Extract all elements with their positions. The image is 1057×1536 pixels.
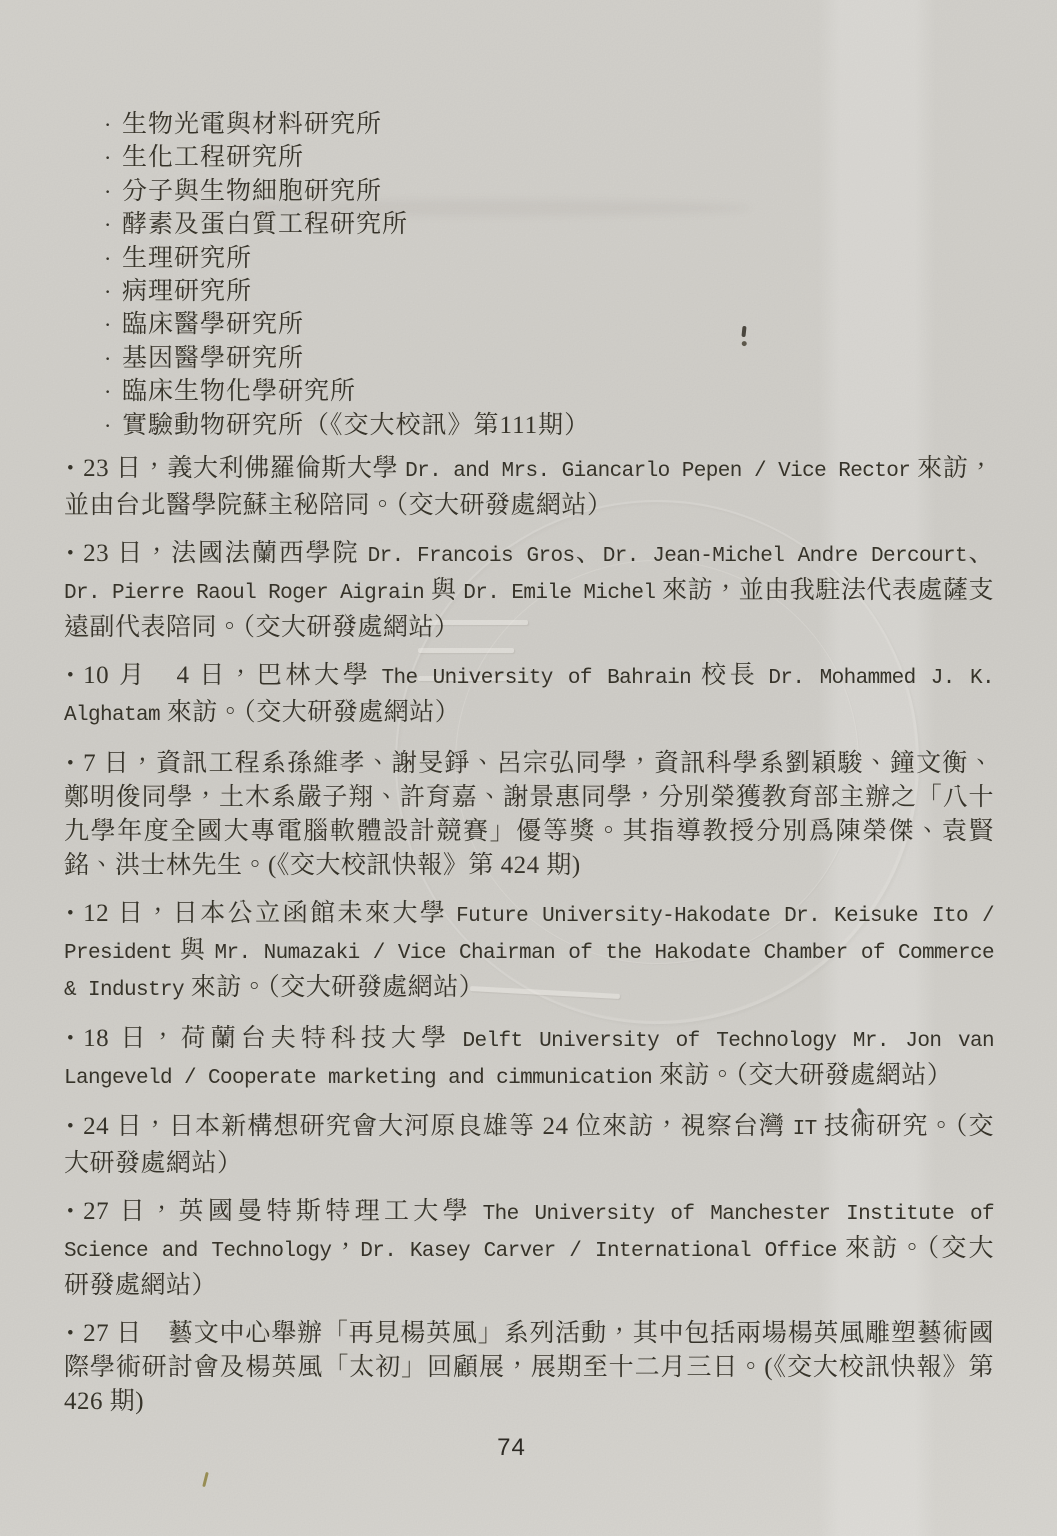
institute-item: ·病理研究所 — [104, 275, 994, 308]
entry-text-segment: 24 日，日本新構想研究會大河原良雄等 24 位來訪，視察台灣 — [83, 1113, 792, 1140]
institute-bullet-icon: · — [104, 108, 122, 141]
institute-name: 基因醫學研究所 — [122, 345, 304, 372]
entry-text-segment: ， — [331, 1235, 360, 1262]
entry-text-segment: 與 — [424, 577, 463, 604]
entry-bullet-icon: • — [64, 665, 83, 686]
institute-item: ·生化工程研究所 — [104, 141, 994, 174]
entry-text-segment: Dr. Jean-Michel Andre Dercourt — [603, 545, 967, 568]
entry-text-segment: 、 — [574, 540, 602, 567]
entry-bullet-icon: • — [64, 903, 83, 924]
institute-name: 實驗動物研究所（《交大校訊》第111期） — [122, 412, 590, 439]
entry-bullet-icon: • — [64, 1028, 83, 1049]
scanned-document-page: ·生物光電與材料研究所·生化工程研究所·分子與生物細胞研究所·酵素及蛋白質工程研… — [0, 0, 1057, 1536]
entry-list: •23 日，義大利佛羅倫斯大學 Dr. and Mrs. Giancarlo P… — [64, 452, 994, 1419]
entry-text-segment: 來訪。（交大研發處網站） — [184, 974, 484, 1001]
institute-bullet-icon: · — [104, 409, 122, 442]
entry-text-segment: 來訪。（交大研發處網站） — [160, 699, 460, 726]
page-content: ·生物光電與材料研究所·生化工程研究所·分子與生物細胞研究所·酵素及蛋白質工程研… — [64, 108, 994, 1433]
institute-item: ·酵素及蛋白質工程研究所 — [104, 208, 994, 241]
chronicle-entry: •27 日 藝文中心舉辦「再見楊英風」系列活動，其中包括兩場楊英風雕塑藝術國際學… — [64, 1317, 994, 1419]
institute-name: 病理研究所 — [122, 278, 252, 305]
entry-text-segment: 27 日 藝文中心舉辦「再見楊英風」系列活動，其中包括兩場楊英風雕塑藝術國際學術… — [64, 1320, 994, 1415]
chronicle-entry: •24 日，日本新構想研究會大河原良雄等 24 位來訪，視察台灣 IT 技術研究… — [64, 1110, 994, 1181]
chronicle-entry: •23 日，義大利佛羅倫斯大學 Dr. and Mrs. Giancarlo P… — [64, 452, 994, 523]
chronicle-entry: •23 日，法國法蘭西學院 Dr. Francois Gros、Dr. Jean… — [64, 537, 994, 645]
institute-item: ·臨床生物化學研究所 — [104, 375, 994, 408]
entry-text-segment: Dr. Francois Gros — [368, 545, 575, 568]
entry-text-segment: 校長 — [691, 662, 768, 689]
entry-text-segment: 23 日，法國法蘭西學院 — [83, 540, 367, 567]
entry-bullet-icon: • — [64, 753, 83, 774]
entry-text-segment: Dr. and Mrs. Giancarlo Pepen / Vice Rect… — [405, 460, 910, 483]
chronicle-entry: •12 日，日本公立函館未來大學 Future University-Hakod… — [64, 897, 994, 1008]
institute-bullet-icon: · — [104, 208, 122, 241]
chronicle-entry: •18 日，荷蘭台夫特科技大學 Delft University of Tech… — [64, 1022, 994, 1096]
entry-text-segment: 7 日，資訊工程系孫維孝、謝旻錚、呂宗弘同學，資訊科學系劉穎駿、鐘文衡、鄭明俊同… — [64, 750, 994, 879]
entry-text-segment: Dr. Pierre Raoul Roger Aigrain — [64, 582, 424, 605]
institute-name: 臨床醫學研究所 — [122, 311, 304, 338]
entry-text-segment: Dr. Kasey Carver / International Office — [360, 1240, 836, 1263]
institute-item: ·生物光電與材料研究所 — [104, 108, 994, 141]
institute-bullet-icon: · — [104, 308, 122, 341]
institute-item: ·實驗動物研究所（《交大校訊》第111期） — [104, 409, 994, 442]
paper-fiber-speck — [202, 1472, 209, 1487]
chronicle-entry: •7 日，資訊工程系孫維孝、謝旻錚、呂宗弘同學，資訊科學系劉穎駿、鐘文衡、鄭明俊… — [64, 747, 994, 883]
page-number: 74 — [0, 1434, 1040, 1462]
entry-bullet-icon: • — [64, 458, 83, 479]
entry-bullet-icon: • — [64, 1201, 83, 1222]
entry-text-segment: 來訪。（交大研發處網站） — [652, 1062, 952, 1089]
entry-text-segment: 18 日，荷蘭台夫特科技大學 — [83, 1025, 462, 1052]
institute-name: 酵素及蛋白質工程研究所 — [122, 211, 408, 238]
institute-bullet-icon: · — [104, 342, 122, 375]
institute-item: ·基因醫學研究所 — [104, 342, 994, 375]
institute-name: 生理研究所 — [122, 245, 252, 272]
institute-name: 生化工程研究所 — [122, 144, 304, 171]
institute-bullet-icon: · — [104, 275, 122, 308]
institute-name: 分子與生物細胞研究所 — [122, 178, 382, 205]
entry-bullet-icon: • — [64, 543, 83, 564]
entry-text-segment: 23 日，義大利佛羅倫斯大學 — [83, 455, 405, 482]
institute-item: ·分子與生物細胞研究所 — [104, 175, 994, 208]
institute-item: ·臨床醫學研究所 — [104, 308, 994, 341]
entry-text-segment: 與 — [172, 937, 214, 964]
institute-bullet-icon: · — [104, 175, 122, 208]
institute-item: ·生理研究所 — [104, 242, 994, 275]
institute-bullet-icon: · — [104, 242, 122, 275]
entry-text-segment: 12 日，日本公立函館未來大學 — [83, 900, 456, 927]
institute-list: ·生物光電與材料研究所·生化工程研究所·分子與生物細胞研究所·酵素及蛋白質工程研… — [64, 108, 994, 442]
chronicle-entry: •27 日，英國曼特斯特理工大學 The University of Manch… — [64, 1195, 994, 1303]
chronicle-entry: •10 月 4 日，巴林大學 The University of Bahrain… — [64, 659, 994, 733]
entry-bullet-icon: • — [64, 1116, 83, 1137]
entry-text-segment: 、 — [967, 540, 994, 567]
institute-name: 生物光電與材料研究所 — [122, 111, 382, 138]
institute-bullet-icon: · — [104, 375, 122, 408]
entry-text-segment: Dr. Emile Michel — [463, 582, 655, 605]
entry-bullet-icon: • — [64, 1323, 83, 1344]
institute-bullet-icon: · — [104, 141, 122, 174]
entry-text-segment: The University of Bahrain — [381, 667, 691, 690]
institute-name: 臨床生物化學研究所 — [122, 378, 356, 405]
entry-text-segment: IT — [793, 1118, 817, 1141]
entry-text-segment: 27 日，英國曼特斯特理工大學 — [83, 1198, 482, 1225]
entry-text-segment: 10 月 4 日，巴林大學 — [83, 662, 381, 689]
